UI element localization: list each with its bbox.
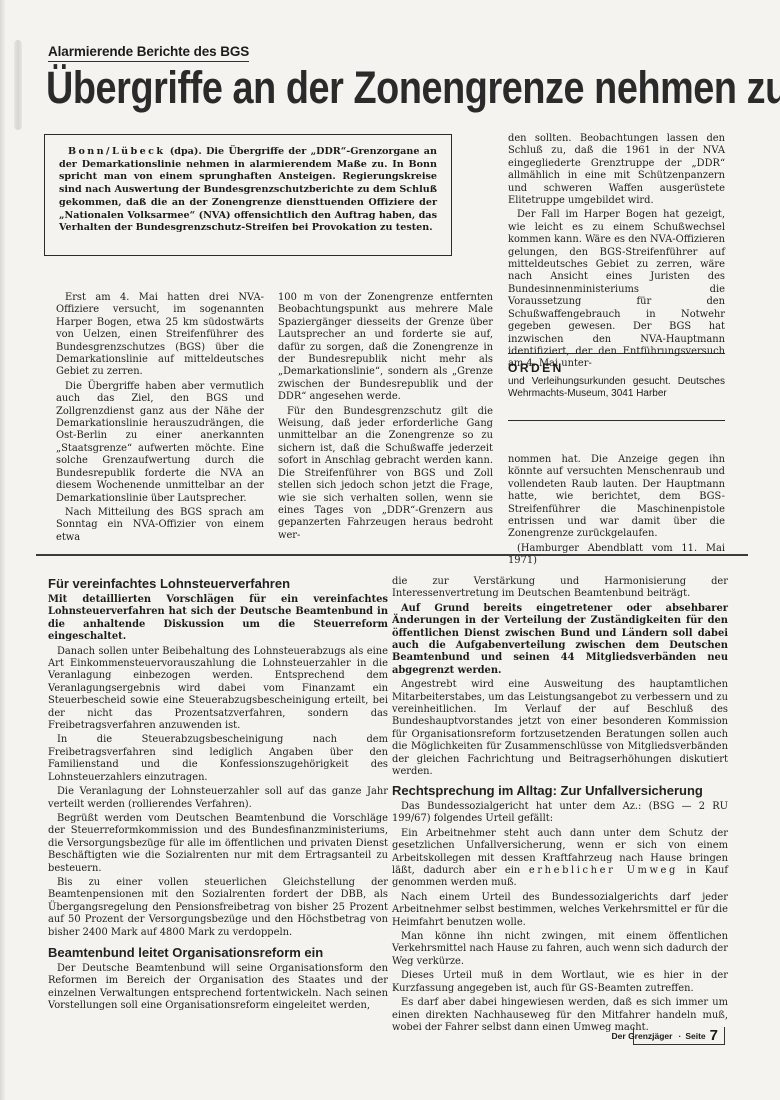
article-headline: Übergriffe an der Zonengrenze nehmen zu — [46, 62, 634, 114]
section-divider — [36, 554, 748, 556]
paragraph: Das Bundessozialgericht hat unter dem Az… — [392, 801, 728, 826]
paragraph: Bis zu einer vollen steuerlichen Gleichs… — [48, 877, 388, 939]
section-title-lohnsteuer: Für vereinfachtes Lohnsteuerverfahren — [48, 576, 290, 592]
paragraph: den sollten. Beobachtungen lassen den Sc… — [508, 133, 725, 207]
article-kicker: Alarmierende Berichte des BGS — [48, 44, 249, 62]
section-lohnsteuer: Mit detaillierten Vorschlägen für ein ve… — [48, 594, 388, 939]
paragraph: die zur Verstärkung und Harmonisierung d… — [392, 576, 728, 601]
paragraph: Der Fall im Harper Bogen hat gezeigt, wi… — [508, 209, 725, 370]
emphasis-spaced: erheblicher Umweg — [529, 865, 678, 876]
article-column-3-top: den sollten. Beobachtungen lassen den Sc… — [508, 133, 725, 371]
paragraph: Der Deutsche Beamtenbund will seine Orga… — [48, 963, 388, 1013]
paragraph: Die Übergriffe haben aber vermutlich auc… — [56, 381, 264, 505]
classified-ad: ORDEN und Verleihungsurkunden gesucht. D… — [508, 353, 725, 421]
paragraph: Die Veranlagung der Lohnsteuerzahler sol… — [48, 786, 388, 811]
page-footer: Der Grenzjäger · Seite 7 — [633, 1027, 725, 1045]
article-column-2: 100 m von der Zonengrenze entfernten Beo… — [278, 292, 493, 542]
paragraph: Ein Arbeitnehmer steht auch dann unter d… — [392, 828, 728, 890]
binding-mark — [14, 40, 22, 130]
paragraph: nommen hat. Die Anzeige gegen ihn könnte… — [508, 454, 725, 541]
paragraph: Dieses Urteil muß in dem Wortlaut, wie e… — [392, 970, 728, 995]
lead-box: Bonn/Lübeck (dpa). Die Übergriffe der „D… — [44, 134, 452, 256]
ad-body: und Verleihungsurkunden gesucht. Deutsch… — [508, 376, 725, 401]
section-organisationsreform: Der Deutsche Beamtenbund will seine Orga… — [48, 963, 388, 1013]
section-unfallversicherung: Das Bundessozialgericht hat unter dem Az… — [392, 801, 728, 1034]
section-title-unfallversicherung: Rechtsprechung im Alltag: Zur Unfallvers… — [392, 783, 703, 799]
paragraph: Angestrebt wird eine Ausweitung des haup… — [392, 679, 728, 778]
lead-text: (dpa). Die Übergriffe der „DDR“-Grenzorg… — [59, 146, 437, 233]
paragraph: Nach einem Urteil des Bundessozialgerich… — [392, 892, 728, 929]
ad-title: ORDEN — [508, 361, 725, 375]
paragraph: In die Steuerabzugsbescheinigung nach de… — [48, 734, 388, 784]
page-number: 7 — [710, 1028, 718, 1043]
article-column-3-bottom: nommen hat. Die Anzeige gegen ihn könnte… — [508, 454, 725, 568]
paragraph: Begrüßt werden vom Deutschen Beamtenbund… — [48, 813, 388, 875]
paragraph: Danach sollen unter Beibehaltung des Loh… — [48, 646, 388, 733]
dateline: Bonn/Lübeck — [68, 146, 165, 157]
page-label: Seite — [685, 1031, 705, 1041]
separator-dot: · — [678, 1031, 681, 1041]
section-intro: Mit detaillierten Vorschlägen für ein ve… — [48, 594, 388, 644]
paragraph: Man könne ihn nicht zwingen, mit einem ö… — [392, 931, 728, 968]
paragraph: 100 m von der Zonengrenze entfernten Beo… — [278, 292, 493, 404]
section-title-organisationsreform: Beamtenbund leitet Organisationsreform e… — [48, 945, 323, 961]
lead-paragraph: Bonn/Lübeck (dpa). Die Übergriffe der „D… — [59, 146, 437, 235]
paragraph: Auf Grund bereits eingetretener oder abs… — [392, 603, 728, 677]
paragraph: Erst am 4. Mai hatten drei NVA-Offiziere… — [56, 292, 264, 379]
article-column-1: Erst am 4. Mai hatten drei NVA-Offiziere… — [56, 292, 264, 544]
paragraph: Für den Bundesgrenzschutz gilt die Weisu… — [278, 406, 493, 542]
paragraph: Nach Mitteilung des BGS sprach am Sonnta… — [56, 507, 264, 544]
page-edge — [0, 0, 6, 1100]
section-organisationsreform-continued: die zur Verstärkung und Harmonisierung d… — [392, 576, 728, 779]
publication-name: Der Grenzjäger — [612, 1031, 673, 1041]
